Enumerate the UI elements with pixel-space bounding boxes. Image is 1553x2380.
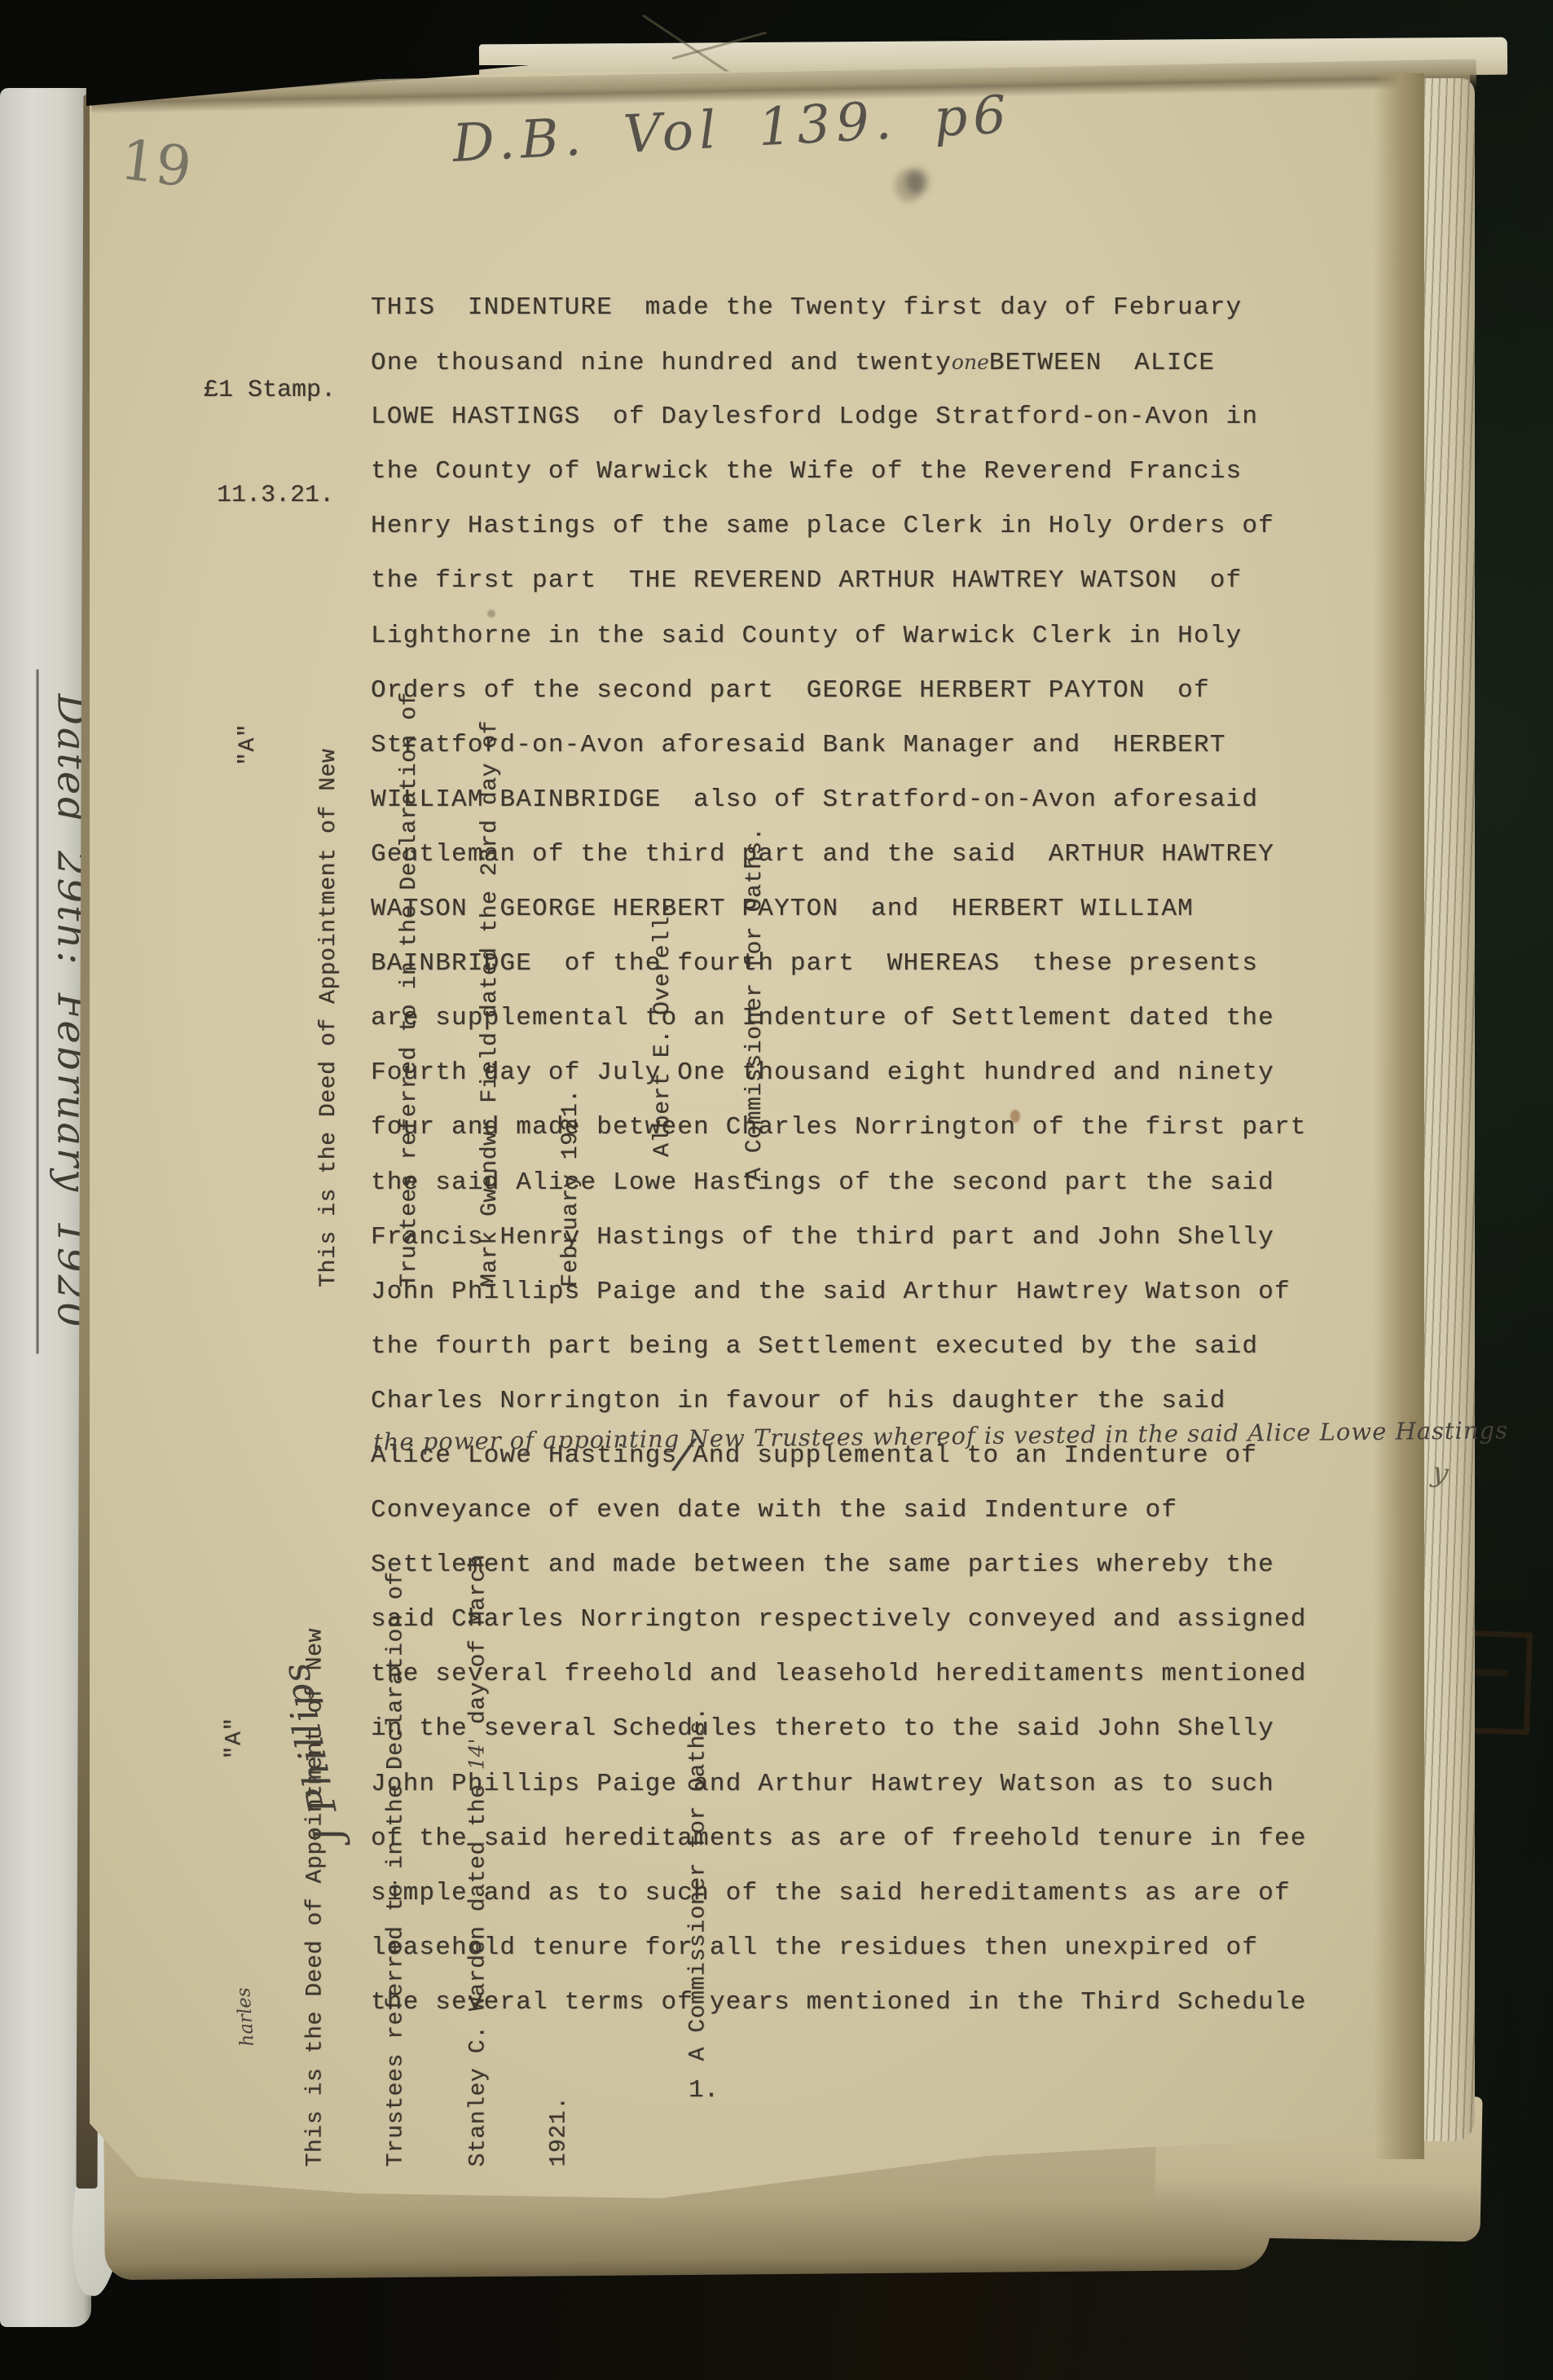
attestation-line: 1921. [546,1381,573,2167]
attestation-line: Mark Gwendwr Field dated the 23rd day of [477,554,504,1287]
exhibit-mark: "A" [222,1381,249,1760]
stamp-note-line: £1 Stamp. [204,373,336,408]
typed-text: day of March [466,1554,491,1738]
body-line: THIS INDENTURE made the Twenty first day… [371,280,1397,335]
typed-text: Warden dated the [466,1770,491,2025]
stamp-note: £1 Stamp. 11.3.21. [204,303,336,583]
handwritten-day: 14' [465,1739,489,1771]
attestation-line: Stanley C. Warden dated the 14' day of M… [464,1381,492,2167]
ink-blot [906,169,927,194]
margin-attestation-field: "A" This is the Deed of Appointment of N… [181,554,385,1287]
attestation-line: February 1921. [557,554,584,1287]
commissioner-title: A Commissioner for Oaths. [741,554,768,1181]
margin-attestation-warden: "A" This is the Deed of Appointment of N… [168,1381,388,2167]
body-line: the fourth part being a Settlement execu… [371,1319,1397,1374]
typed-text: BETWEEN ALICE [989,349,1215,377]
commissioner-title: A Commissioner for Oaths. [685,1381,712,2061]
handwritten-insertion: one [952,350,989,374]
stamp-note-line: 11.3.21. [217,478,336,513]
body-line: One thousand nine hundred and twentyoneB… [371,335,1397,389]
body-line: the County of Warwick the Wife of the Re… [371,444,1397,499]
commissioner-name: Albert E. Overell. [649,554,676,1157]
body-line: LOWE HASTINGS of Daylesford Lodge Stratf… [371,389,1397,444]
right-page-curl [1424,78,1475,2141]
attestation-line: This is the Deed of Appointment of New [315,554,342,1287]
exhibit-mark: "A" [235,554,262,766]
handwritten-insertion: harles [231,1986,262,2047]
pencil-folio-number: 19 [117,128,196,200]
attestation-line: Trustees referred to in the Declaration … [396,554,423,1287]
typed-text: One thousand nine hundred and twenty [371,349,952,377]
attestation-line: Trustees referred to in the Declaration … [383,1381,410,2167]
body-line: Henry Hastings of the same place Clerk i… [371,499,1397,553]
typed-text: Stanley C. [466,2025,491,2167]
scanned-indenture-page-photo: Dated 29th: February 1920 D.B. Vol 139. … [0,0,1553,2380]
